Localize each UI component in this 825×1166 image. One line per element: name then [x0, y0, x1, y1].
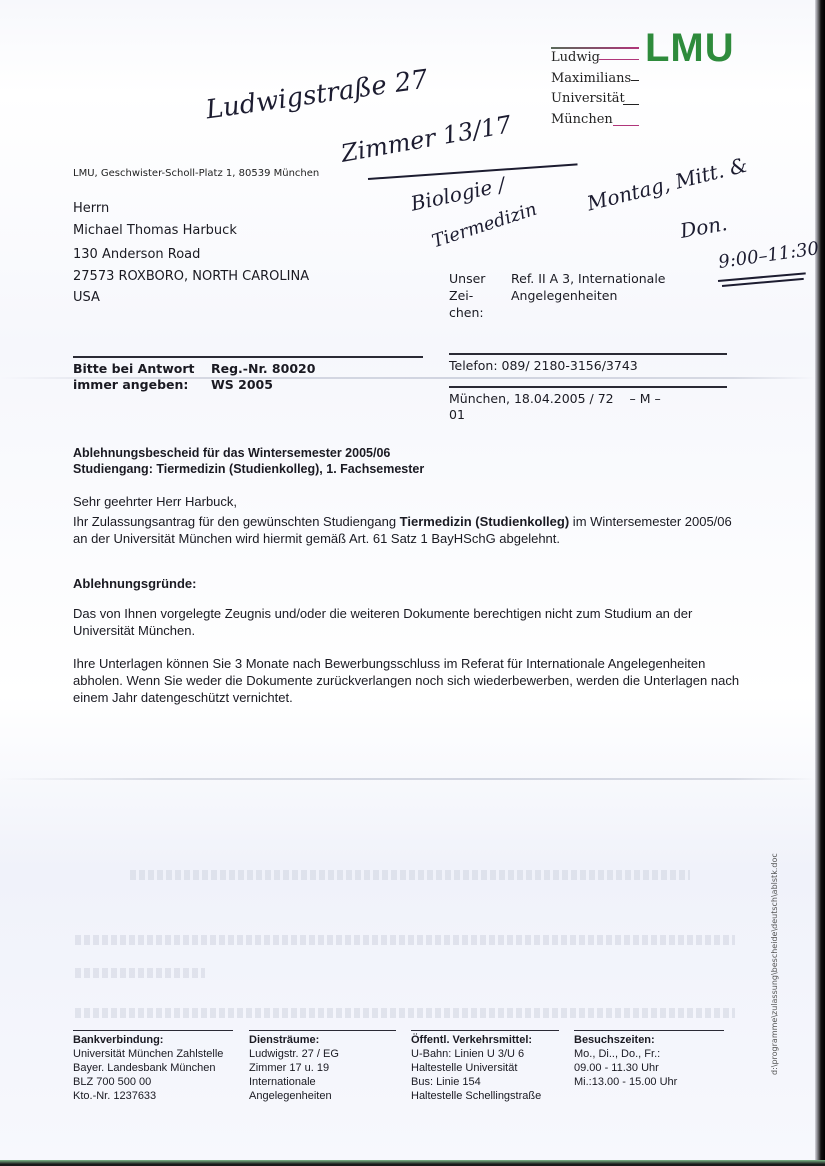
recipient-country: USA [73, 287, 309, 309]
logo-word: Ludwig [551, 50, 600, 65]
recipient-name: Michael Thomas Harbuck [73, 220, 309, 242]
paragraph-documents: Ihre Unterlagen können Sie 3 Monate nach… [73, 655, 743, 706]
rule [73, 356, 423, 358]
semester-code: WS 2005 [211, 377, 273, 392]
reply-reference: Bitte bei AntwortReg.-Nr. 80020 immer an… [73, 361, 315, 393]
footer-office: Diensträume: Ludwigstr. 27 / EG Zimmer 1… [249, 1033, 339, 1103]
scan-edge-right [815, 0, 825, 1166]
footer-hours: Besuchszeiten: Mo., Di.., Do., Fr.: 09.0… [574, 1033, 677, 1089]
recipient-city: 27573 ROXBORO, NORTH CAROLINA [73, 266, 309, 288]
logo-word: Maximilians [551, 71, 631, 86]
footer-rule [411, 1030, 559, 1031]
date-line: München, 18.04.2005 / 72 – M – 01 [449, 391, 679, 423]
university-name: Ludwig Maximilians Universität München [551, 48, 631, 130]
footer-rule [574, 1030, 724, 1031]
sender-address: LMU, Geschwister-Scholl-Platz 1, 80539 M… [73, 168, 319, 179]
bleed-through [75, 968, 205, 978]
footer-transit: Öffentl. Verkehrsmittel: U-Bahn: Linien … [411, 1033, 541, 1103]
footer-rule [249, 1030, 396, 1031]
bleed-through [75, 935, 735, 945]
bleed-through [130, 870, 690, 880]
rule [449, 353, 727, 355]
reference-block: Unser Zei-chen:Ref. II A 3, Internationa… [449, 270, 666, 321]
letter-subject: Ablehnungsbescheid für das Wintersemeste… [73, 445, 424, 477]
reference-label: Unser Zei-chen: [449, 270, 511, 321]
reference-value: Ref. II A 3, InternationaleAngelegenheit… [511, 270, 666, 304]
file-path: d:\programme\zulassung\bescheide\deutsch… [770, 853, 779, 1075]
fold-crease [0, 778, 815, 780]
footer-bank: Bankverbindung: Universität München Zahl… [73, 1033, 223, 1103]
lmu-logo: LMU [645, 28, 735, 68]
phone-number: Telefon: 089/ 2180-3156/3743 [449, 358, 638, 373]
scan-edge-bottom [0, 1160, 825, 1166]
recipient-salutation: Herrn [73, 198, 309, 220]
paragraph-decision: Ihr Zulassungsantrag für den gewünschten… [73, 513, 743, 547]
recipient-address: Herrn Michael Thomas Harbuck 130 Anderso… [73, 198, 309, 309]
logo-word: München [551, 112, 613, 127]
paragraph-reason: Das von Ihnen vorgelegte Zeugnis und/ode… [73, 605, 743, 639]
bleed-through [75, 1008, 735, 1018]
reasons-heading: Ablehnungsgründe: [73, 575, 743, 592]
logo-word: Universität [551, 91, 625, 106]
greeting: Sehr geehrter Herr Harbuck, [73, 493, 743, 510]
registration-number: Reg.-Nr. 80020 [211, 361, 315, 376]
recipient-street: 130 Anderson Road [73, 244, 309, 266]
footer-rule [73, 1030, 233, 1031]
rule [449, 386, 727, 388]
